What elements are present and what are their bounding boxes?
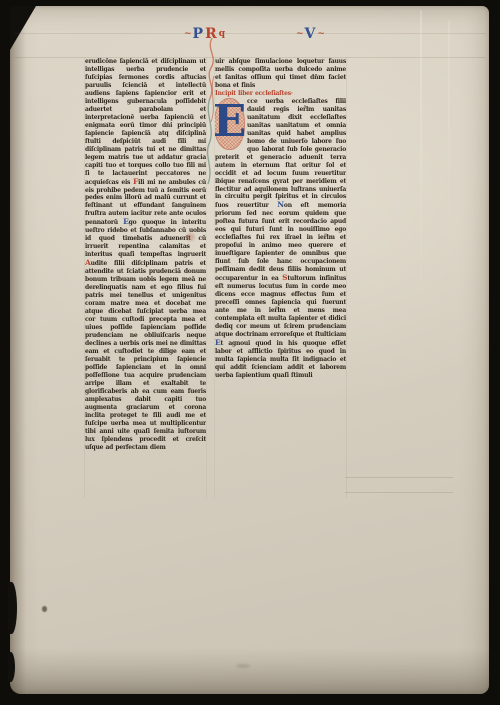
bottom-edge-shadow [10, 648, 489, 694]
running-title-letter-v: V [305, 27, 316, 41]
header-flourish-icon: ∼ [317, 29, 324, 39]
stain [236, 664, 250, 668]
colored-initial: S [282, 273, 287, 282]
running-title-letter-p: P [193, 27, 204, 41]
illuminated-initial-letter: E [215, 100, 246, 144]
colored-initial: E [215, 338, 221, 347]
ruling-line [14, 33, 486, 34]
manuscript-photo: ∼ P R q ∼ V ∼ erudicōne ſapienciā et diſ… [0, 0, 500, 705]
header-flourish-icon: ∼ [184, 29, 191, 39]
running-title-right: ∼ V ∼ [296, 24, 324, 44]
ink-speck [42, 606, 47, 612]
colored-initial: E [123, 217, 129, 226]
stain [186, 233, 195, 241]
colored-initial: A [85, 258, 91, 267]
running-title-left: ∼ P R q [184, 24, 225, 44]
ruling-line [345, 492, 453, 493]
text-column-right: uir abſque ſimulacione loquetur fauus me… [215, 58, 346, 498]
ruling-line-vertical [206, 57, 207, 498]
header-flourish-icon: ∼ [296, 29, 303, 39]
colored-initial: F [133, 177, 138, 186]
parchment-crease [448, 20, 450, 240]
illuminated-initial: E [215, 99, 244, 149]
running-title-letter-r: R [205, 27, 217, 41]
parchment-crease [420, 10, 422, 310]
ruling-line-vertical [346, 57, 347, 498]
text-column-left: erudicōne ſapienciā et diſciplinam ut in… [85, 58, 206, 498]
ruling-line [345, 477, 453, 478]
colored-initial: N [277, 200, 284, 209]
header-flourish-icon: q [219, 29, 225, 39]
